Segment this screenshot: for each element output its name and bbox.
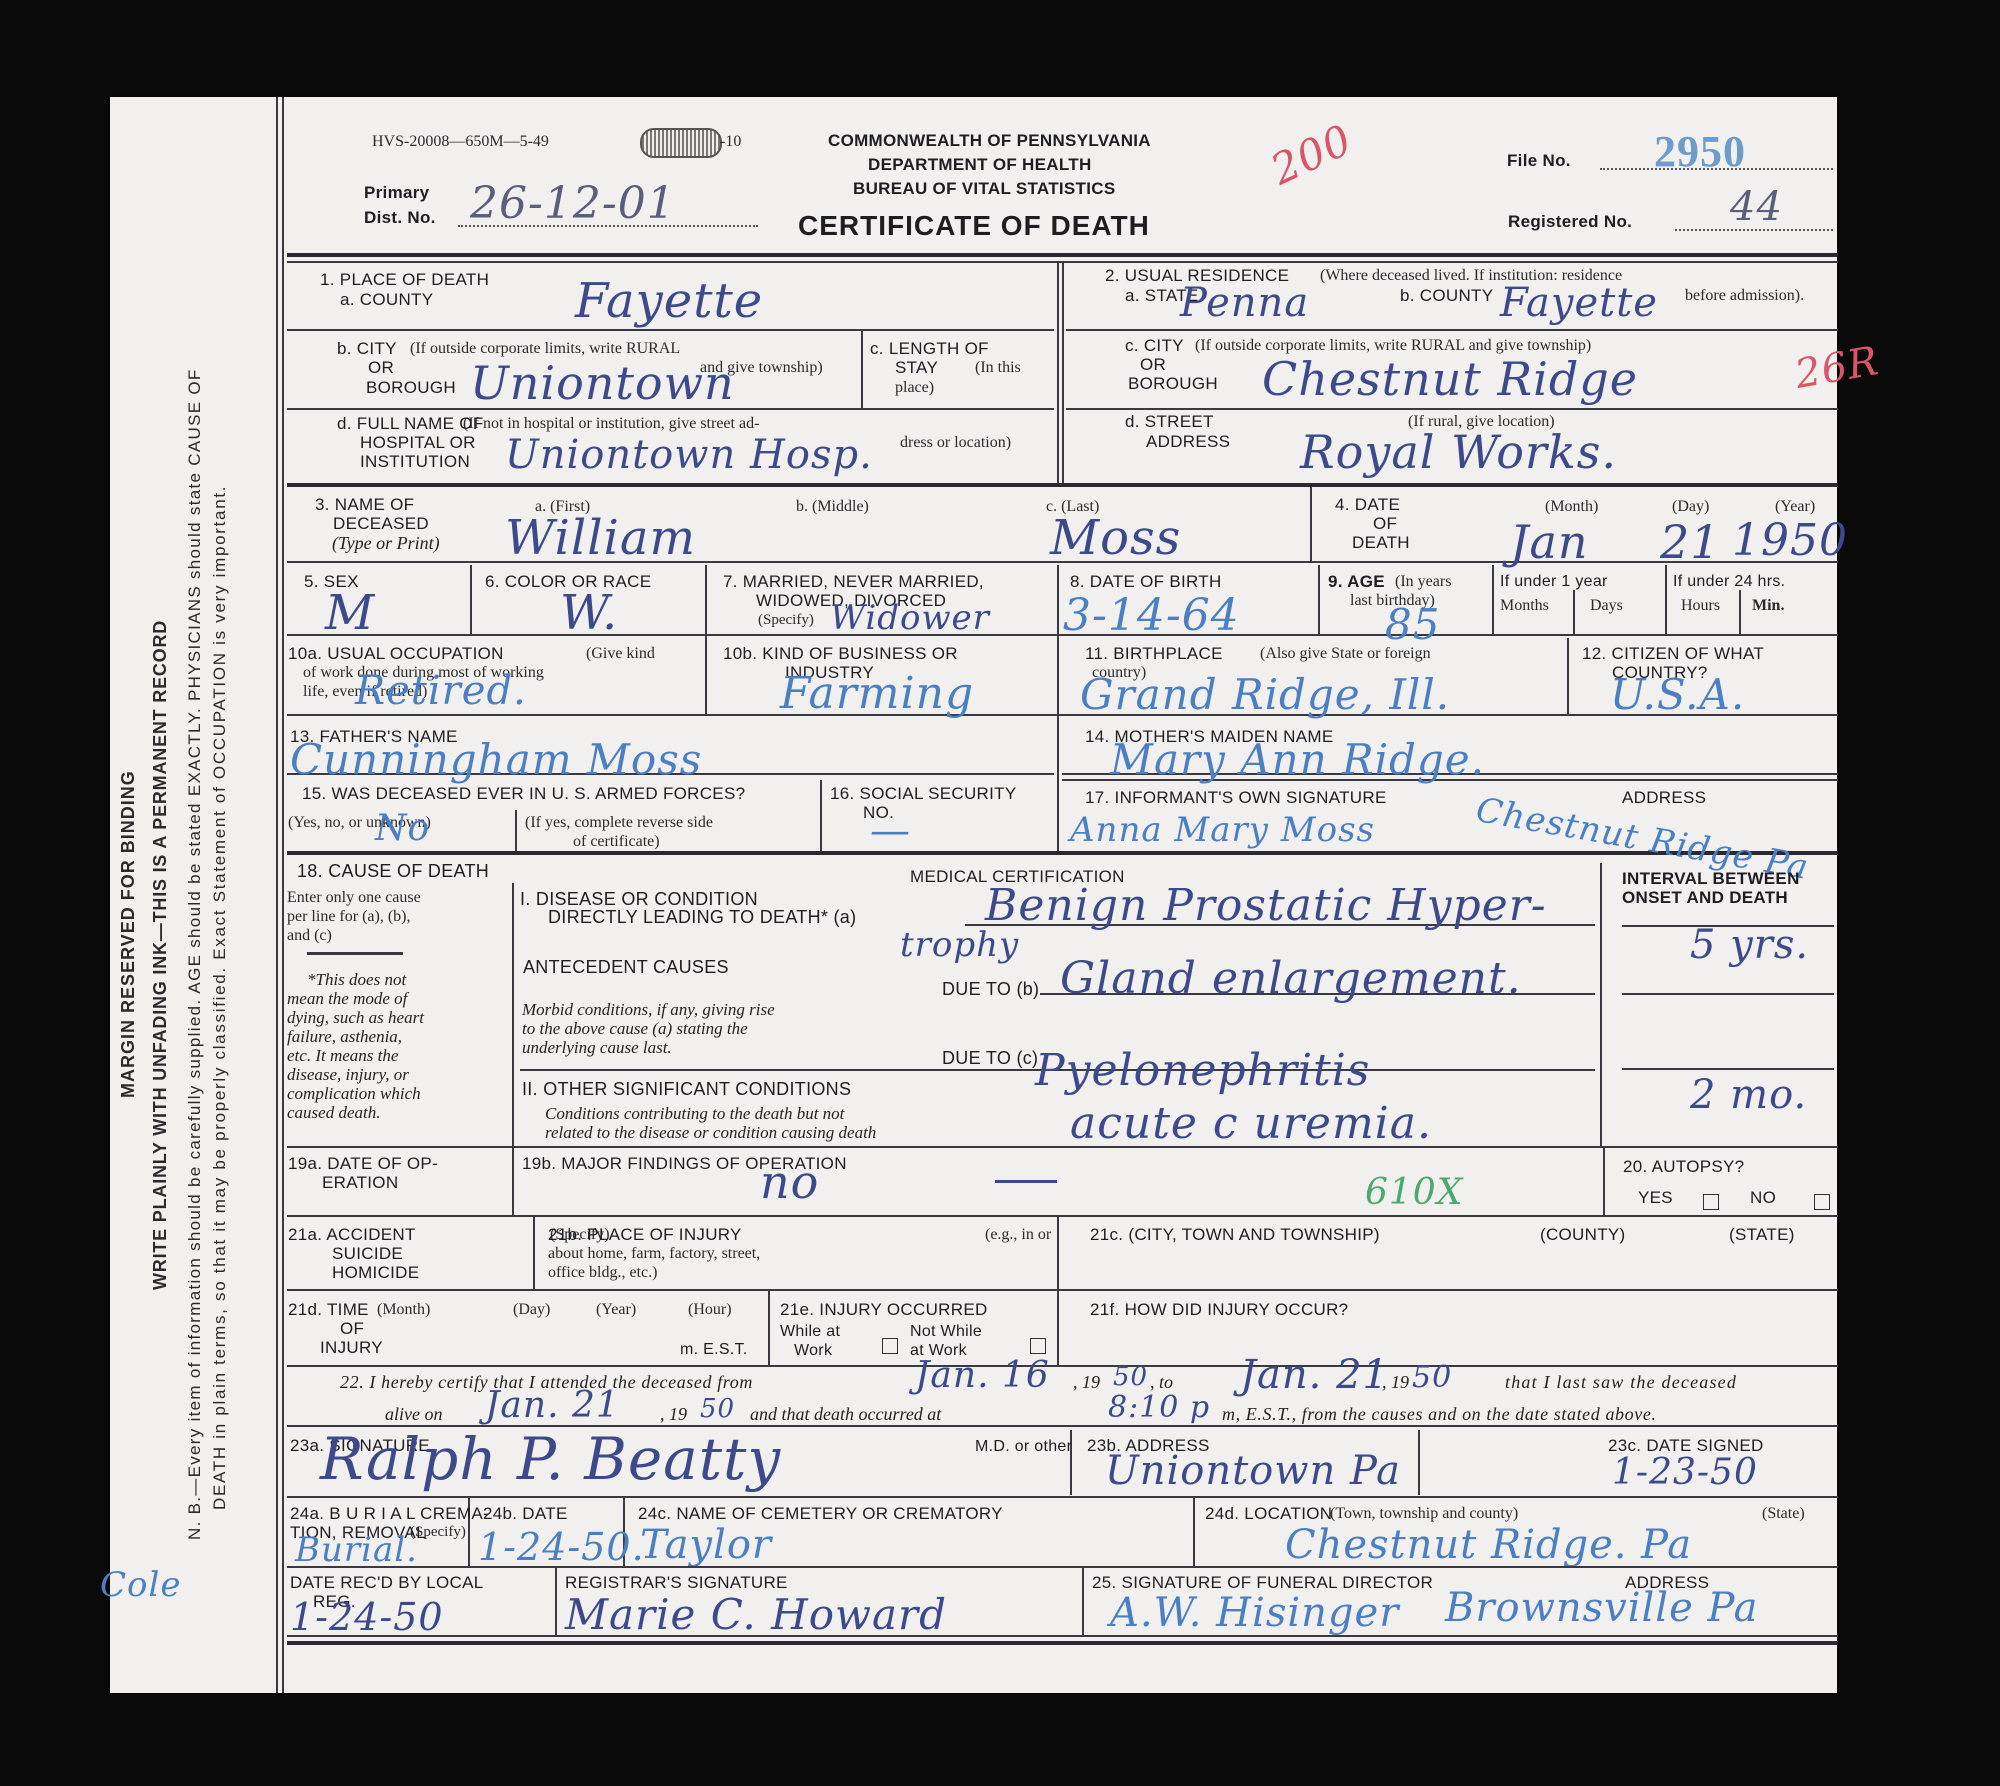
cert-t3: , to [1150, 1372, 1173, 1392]
f4-year-label: (Year) [1775, 497, 1815, 516]
file-no-label: File No. [1507, 151, 1571, 170]
cause-b-value[interactable]: Gland enlargement. [1060, 953, 1522, 1004]
f1d-label3: INSTITUTION [360, 452, 470, 471]
residence-state[interactable]: Penna [1180, 280, 1309, 326]
cert-t8: and that death occurred at [750, 1404, 941, 1424]
f18-morbid2: to the above cause (a) stating the [522, 1019, 748, 1039]
attended-to-year[interactable]: 50 [1412, 1360, 1452, 1395]
f18-antecedent: ANTECEDENT CAUSES [523, 958, 729, 977]
f21e-notwhile1: Not While [910, 1322, 982, 1341]
f18-foot2: mean the mode of [287, 989, 407, 1009]
form-code-suffix: -10 [720, 132, 741, 151]
other-conditions-value[interactable]: acute c uremia. [1070, 1098, 1432, 1149]
f18-foot4: failure, asthenia, [287, 1027, 402, 1047]
f1c-label2: STAY [895, 358, 938, 377]
div-21d-21e [768, 1291, 770, 1365]
f18-interval-label2: ONSET AND DEATH [1622, 888, 1788, 907]
div-15a-15b [515, 810, 517, 851]
rule-row21d [287, 1365, 1838, 1367]
f1c-note1: (In this [975, 358, 1021, 377]
death-day[interactable]: 21 [1660, 515, 1721, 569]
f21a-label1: 21a. ACCIDENT [288, 1225, 416, 1244]
f21d-label3: INJURY [320, 1338, 383, 1357]
cert-t9: m, E.S.T., from the causes and on the da… [1222, 1404, 1657, 1424]
div-hours-min [1739, 590, 1741, 634]
f23a-suffix: M.D. or other [975, 1437, 1072, 1456]
cert-t5: that I last saw the deceased [1505, 1372, 1737, 1392]
margin-handwritten-note: Cole [100, 1565, 181, 1605]
interval-b-line [1622, 993, 1834, 995]
f4-day-label: (Day) [1672, 497, 1709, 516]
div-11-12 [1567, 638, 1569, 714]
f24d-label: 24d. LOCATION [1205, 1504, 1332, 1523]
registrar-signature[interactable]: Marie C. Howard [565, 1590, 947, 1639]
sex-value[interactable]: M [325, 585, 375, 641]
date-signed-value[interactable]: 1-23-50 [1612, 1452, 1758, 1493]
burial-location-value[interactable]: Chestnut Ridge. Pa [1285, 1522, 1692, 1568]
f9-hours-label: Hours [1681, 596, 1720, 615]
date-received-value[interactable]: 1-24-50 [290, 1595, 444, 1639]
rule-bottom [287, 1635, 1838, 1637]
rule-1a [287, 329, 1054, 331]
death-time-value[interactable]: 8:10 p [1108, 1390, 1210, 1425]
f21c-label: 21c. (CITY, TOWN AND TOWNSHIP) [1090, 1225, 1380, 1244]
rule-section1 [287, 483, 1838, 487]
div-months-days [1573, 590, 1575, 634]
attended-to-value[interactable]: Jan. 21 [1240, 1352, 1389, 1398]
f21e-while2: Work [794, 1341, 832, 1360]
div-19b-20 [1603, 1148, 1605, 1217]
f24d-note1: (Town, township and county) [1330, 1504, 1518, 1523]
f18-foot8: caused death. [287, 1103, 380, 1123]
f18-foot7: complication which [287, 1084, 421, 1104]
f18-part1-line2: DIRECTLY LEADING TO DEATH* (a) [548, 908, 856, 927]
f21c-county-label: (COUNTY) [1540, 1225, 1626, 1244]
f21e-while1: While at [780, 1322, 840, 1341]
f18-due-c: DUE TO (c) [942, 1049, 1038, 1068]
form-code: HVS-20008—650M—5-49 [372, 132, 549, 151]
f9-months-label: Months [1500, 596, 1549, 615]
f4-label3: DEATH [1352, 533, 1410, 552]
not-while-at-work-checkbox[interactable] [1030, 1338, 1046, 1354]
rule-section18 [287, 1146, 1838, 1148]
div-21b-21c [1057, 1217, 1059, 1365]
f18-label: 18. CAUSE OF DEATH [297, 862, 489, 881]
div-19a-19b [512, 1148, 514, 1217]
margin-nb-line1: N. B.—Every item of information should b… [185, 368, 205, 1540]
f18-morbid1: Morbid conditions, if any, giving rise [522, 1000, 775, 1020]
citizenship-value[interactable]: U.S.A. [1610, 670, 1745, 719]
autopsy-no-label: NO [1750, 1188, 1776, 1207]
armed-forces-value[interactable]: No [375, 808, 430, 849]
f2c-label1: c. CITY [1125, 336, 1184, 355]
div-1b-1c [861, 331, 863, 408]
autopsy-no-checkbox[interactable] [1814, 1194, 1830, 1210]
marital-status-value[interactable]: Widower [830, 598, 990, 638]
f2-note2: before admission). [1685, 286, 1804, 305]
f16-label1: 16. SOCIAL SECURITY [830, 784, 1016, 803]
page-title: CERTIFICATE OF DEATH [798, 210, 1150, 242]
f1c-label1: c. LENGTH OF [870, 339, 989, 358]
f4-label2: OF [1373, 514, 1397, 533]
occupation-value[interactable]: Retired. [355, 668, 527, 714]
f21d-hour: (Hour) [688, 1300, 732, 1319]
f1b-label1: b. CITY [337, 339, 397, 358]
f1b-label3: BOROUGH [366, 378, 456, 397]
div-15-16 [820, 780, 822, 851]
residence-city[interactable]: Chestnut Ridge [1262, 352, 1638, 406]
interval-a-value[interactable]: 5 yrs. [1690, 922, 1809, 968]
interval-c-line [1622, 1068, 1834, 1070]
burial-date-value[interactable]: 1-24-50. [478, 1525, 645, 1569]
f15-note3: of certificate) [573, 832, 660, 851]
f3-label3: (Type or Print) [332, 533, 440, 553]
while-at-work-checkbox[interactable] [882, 1338, 898, 1354]
funeral-director-signature[interactable]: A.W. Hisinger [1110, 1590, 1399, 1636]
autopsy-yes-label: YES [1638, 1188, 1673, 1207]
deceased-first-name[interactable]: William [505, 510, 696, 566]
f21f-label: 21f. HOW DID INJURY OCCUR? [1090, 1300, 1348, 1319]
cemetery-value[interactable]: Taylor [640, 1522, 772, 1568]
f18-foot3: dying, such as heart [287, 1008, 424, 1028]
div-24c-24d [1193, 1498, 1195, 1567]
f12-label1: 12. CITIZEN OF WHAT [1582, 644, 1764, 663]
father-name[interactable]: Cunningham Moss [290, 735, 702, 784]
f3-middle-label: b. (Middle) [796, 497, 869, 516]
header-rule [287, 253, 1838, 257]
rule-row23 [287, 1496, 1838, 1498]
f21b-note2: about home, farm, factory, street, [548, 1244, 760, 1263]
place-of-death-city[interactable]: Uniontown [470, 356, 735, 410]
f18-instr1: Enter only one cause [287, 888, 421, 907]
f10a-label: 10a. USUAL OCCUPATION [288, 644, 504, 663]
f3-label1: 3. NAME OF [315, 495, 414, 514]
f15-note2: (If yes, complete reverse side [525, 813, 713, 832]
f1-label1: 1. PLACE OF DEATH [320, 270, 489, 289]
f2-county-label: b. COUNTY [1400, 286, 1493, 305]
primary-dist-label2: Dist. No. [364, 208, 436, 227]
margin-rule [276, 97, 278, 1693]
f21d-label2: OF [340, 1319, 364, 1338]
informant-signature[interactable]: Anna Mary Moss [1070, 810, 1375, 850]
f2d-label2: ADDRESS [1146, 432, 1230, 451]
f4-label1: 4. DATE [1335, 495, 1400, 514]
div-8-9 [1318, 565, 1320, 634]
f21c-state-label: (STATE) [1729, 1225, 1795, 1244]
f24b-label: 24b. DATE [483, 1504, 568, 1523]
f19a-label1: 19a. DATE OF OP- [288, 1154, 438, 1173]
f18-instr2: per line for (a), (b), [287, 907, 411, 926]
f9-under24-label: If under 24 hrs. [1673, 572, 1785, 591]
f18-instr-rule [307, 952, 403, 955]
f1d-label1: d. FULL NAME OF [337, 414, 484, 433]
f21a-label2: SUICIDE [332, 1244, 403, 1263]
f2d-label1: d. STREET [1125, 412, 1214, 431]
f18-morbid3: underlying cause last. [522, 1038, 672, 1058]
registered-no-label: Registered No. [1508, 212, 1632, 231]
col-divider-1-2 [1057, 263, 1059, 485]
f2c-label2: OR [1140, 355, 1166, 374]
residence-county[interactable]: Fayette [1500, 280, 1658, 326]
social-security-value[interactable]: — [870, 808, 911, 854]
div-5-6 [470, 565, 472, 634]
f18-part2-line3: related to the disease or condition caus… [545, 1123, 876, 1143]
date-of-birth[interactable]: 3-14-64 [1063, 590, 1240, 641]
f18-foot1: *This does not [307, 970, 406, 990]
death-month[interactable]: Jan [1510, 515, 1589, 569]
f10a-note1: (Give kind [586, 644, 655, 663]
mother-maiden-name[interactable]: Mary Ann Ridge. [1110, 735, 1485, 784]
div-6-7 [705, 565, 707, 716]
rule-row24 [287, 1566, 1838, 1568]
f21a-label3: HOMICIDE [332, 1263, 419, 1282]
rule-row19 [287, 1215, 1838, 1217]
f19a-label2: ERATION [322, 1173, 398, 1192]
div-registrar-25 [1082, 1568, 1084, 1637]
f21e-label: 21e. INJURY OCCURRED [780, 1300, 988, 1319]
f1c-note2: place) [895, 378, 934, 397]
f21b-label: 21b. PLACE OF INJURY [548, 1225, 742, 1244]
f21d-year: (Year) [596, 1300, 636, 1319]
burial-value[interactable]: Burial. [295, 1530, 418, 1570]
f9-note1: (In years [1395, 572, 1451, 591]
registered-no-value[interactable]: 44 [1730, 184, 1783, 230]
operation-findings-value[interactable]: no [760, 1155, 819, 1209]
f21b-note3: office bldg., etc.) [548, 1263, 657, 1282]
physician-address[interactable]: Uniontown Pa [1105, 1448, 1401, 1494]
union-label-seal-icon [640, 128, 722, 158]
f1d-note2: dress or location) [900, 433, 1011, 452]
cert-t2: , 19 [1073, 1372, 1100, 1392]
cause-c-value[interactable]: Pyelonephritis [1035, 1045, 1370, 1096]
f17-label: 17. INFORMANT'S OWN SIGNATURE [1085, 788, 1387, 807]
rule-row10 [287, 714, 1838, 716]
f1b-label2: OR [368, 358, 394, 377]
f18-interval-label1: INTERVAL BETWEEN [1622, 869, 1800, 888]
rule-2a [1066, 329, 1838, 331]
f7-note: (Specify) [758, 611, 814, 630]
div-21a-21b [533, 1217, 535, 1290]
f1d-note1: (If not in hospital or institution, give… [463, 414, 759, 433]
div-7-8 [1057, 565, 1059, 852]
f18-instr3: and (c) [287, 926, 332, 945]
rule-bottom-2 [287, 1641, 1838, 1645]
rule-row21a [287, 1289, 1838, 1291]
operation-dash [995, 1180, 1057, 1183]
alive-on-year[interactable]: 50 [700, 1394, 735, 1424]
cert-t7: , 19 [660, 1404, 687, 1424]
cause-a-value[interactable]: Benign Prostatic Hyper- [985, 880, 1547, 931]
f1d-label2: HOSPITAL OR [360, 433, 476, 452]
f1-label2: a. COUNTY [340, 290, 433, 309]
f9-under1-label: If under 1 year [1500, 572, 1608, 591]
local-reg-label1: DATE REC'D BY LOCAL [290, 1573, 483, 1592]
f2c-label3: BOROUGH [1128, 374, 1218, 393]
agency-line1: COMMONWEALTH OF PENNSYLVANIA [828, 131, 1151, 150]
attended-from-year[interactable]: 50 [1113, 1362, 1148, 1392]
f10b-label1: 10b. KIND OF BUSINESS OR [723, 644, 958, 663]
cause-a-value-cont[interactable]: trophy [900, 925, 1019, 965]
f18-foot5: etc. It means the [287, 1046, 398, 1066]
cert-t4: , 19 [1382, 1372, 1409, 1392]
f7-label1: 7. MARRIED, NEVER MARRIED, [723, 572, 984, 591]
f8-label: 8. DATE OF BIRTH [1070, 572, 1222, 591]
f15-label: 15. WAS DECEASED EVER IN U. S. ARMED FOR… [302, 784, 745, 803]
primary-dist-label1: Primary [364, 183, 429, 202]
div-under1-under24 [1665, 565, 1667, 634]
birthplace-value[interactable]: Grand Ridge, Ill. [1080, 670, 1450, 719]
margin-nb-line2: DEATH in plain terms, so that it may be … [210, 485, 230, 1540]
col-divider-1-2b [1062, 263, 1064, 485]
place-of-death-county[interactable]: Fayette [575, 273, 763, 329]
f21d-label1: 21d. TIME [288, 1300, 369, 1319]
f18-part2-line1: II. OTHER SIGNIFICANT CONDITIONS [522, 1080, 851, 1099]
f24a-note: (Specify) [410, 1523, 466, 1542]
div-local-registrar [555, 1568, 557, 1637]
f21b-note1: (e.g., in or [985, 1225, 1051, 1244]
f24c-label: 24c. NAME OF CEMETERY OR CREMATORY [638, 1504, 1003, 1523]
agency-line3: BUREAU OF VITAL STATISTICS [853, 179, 1115, 198]
f9-min-label: Min. [1752, 596, 1784, 615]
death-year[interactable]: 1950 [1732, 515, 1848, 566]
f3-label2: DECEASED [333, 514, 429, 533]
f21d-day: (Day) [513, 1300, 550, 1319]
funeral-director-address[interactable]: Brownsville Pa [1445, 1585, 1758, 1631]
file-no-value: 2950 [1654, 126, 1746, 177]
f20-label: 20. AUTOPSY? [1623, 1157, 1744, 1176]
green-stamp-610x: 610X [1365, 1172, 1463, 1213]
interval-c-value[interactable]: 2 mo. [1690, 1072, 1807, 1118]
residence-street[interactable]: Royal Works. [1300, 425, 1617, 479]
f21d-month: (Month) [377, 1300, 430, 1319]
margin-binding-text: MARGIN RESERVED FOR BINDING [118, 770, 139, 1098]
race-value[interactable]: W. [560, 585, 618, 641]
agency-line2: DEPARTMENT OF HEALTH [868, 155, 1092, 174]
margin-rule-inner [282, 97, 284, 1693]
div-9-under1 [1492, 565, 1494, 634]
f24d-note2: (State) [1762, 1504, 1805, 1523]
business-value[interactable]: Farming [780, 668, 974, 719]
f17-address-label: ADDRESS [1622, 788, 1706, 807]
attended-from-value[interactable]: Jan. 16 [915, 1355, 1050, 1396]
f21d-est: m. E.S.T. [680, 1340, 748, 1359]
f24a-label1: 24a. B U R I A L CREMA- [290, 1504, 489, 1523]
f4-month-label: (Month) [1545, 497, 1598, 516]
autopsy-yes-checkbox[interactable] [1703, 1194, 1719, 1210]
div-23b-23c [1418, 1430, 1420, 1495]
f11-label: 11. BIRTHPLACE [1085, 644, 1223, 663]
primary-dist-value[interactable]: 26-12-01 [470, 178, 676, 229]
cert-t6: alive on [385, 1404, 442, 1424]
margin-ink-text: WRITE PLAINLY WITH UNFADING INK—THIS IS … [150, 620, 171, 1290]
hospital-name[interactable]: Uniontown Hosp. [505, 432, 873, 478]
f18-foot6: disease, injury, or [287, 1065, 409, 1085]
physician-signature[interactable]: Ralph P. Beatty [320, 1425, 781, 1493]
f18-part2-line2: Conditions contributing to the death but… [545, 1104, 844, 1124]
f18-due-b: DUE TO (b) [942, 980, 1039, 999]
div-3-4 [1310, 487, 1312, 561]
f9-days-label: Days [1590, 596, 1623, 615]
alive-on-value[interactable]: Jan. 21 [485, 1385, 620, 1426]
rule-2c [1066, 408, 1838, 410]
f11-note1: (Also give State or foreign [1260, 644, 1431, 663]
deceased-last-name[interactable]: Moss [1050, 510, 1181, 566]
div-18-instructions [512, 883, 514, 1148]
age-value[interactable]: 85 [1385, 600, 1440, 649]
f9-label: 9. AGE [1328, 572, 1385, 591]
div-18-interval [1600, 863, 1602, 1148]
